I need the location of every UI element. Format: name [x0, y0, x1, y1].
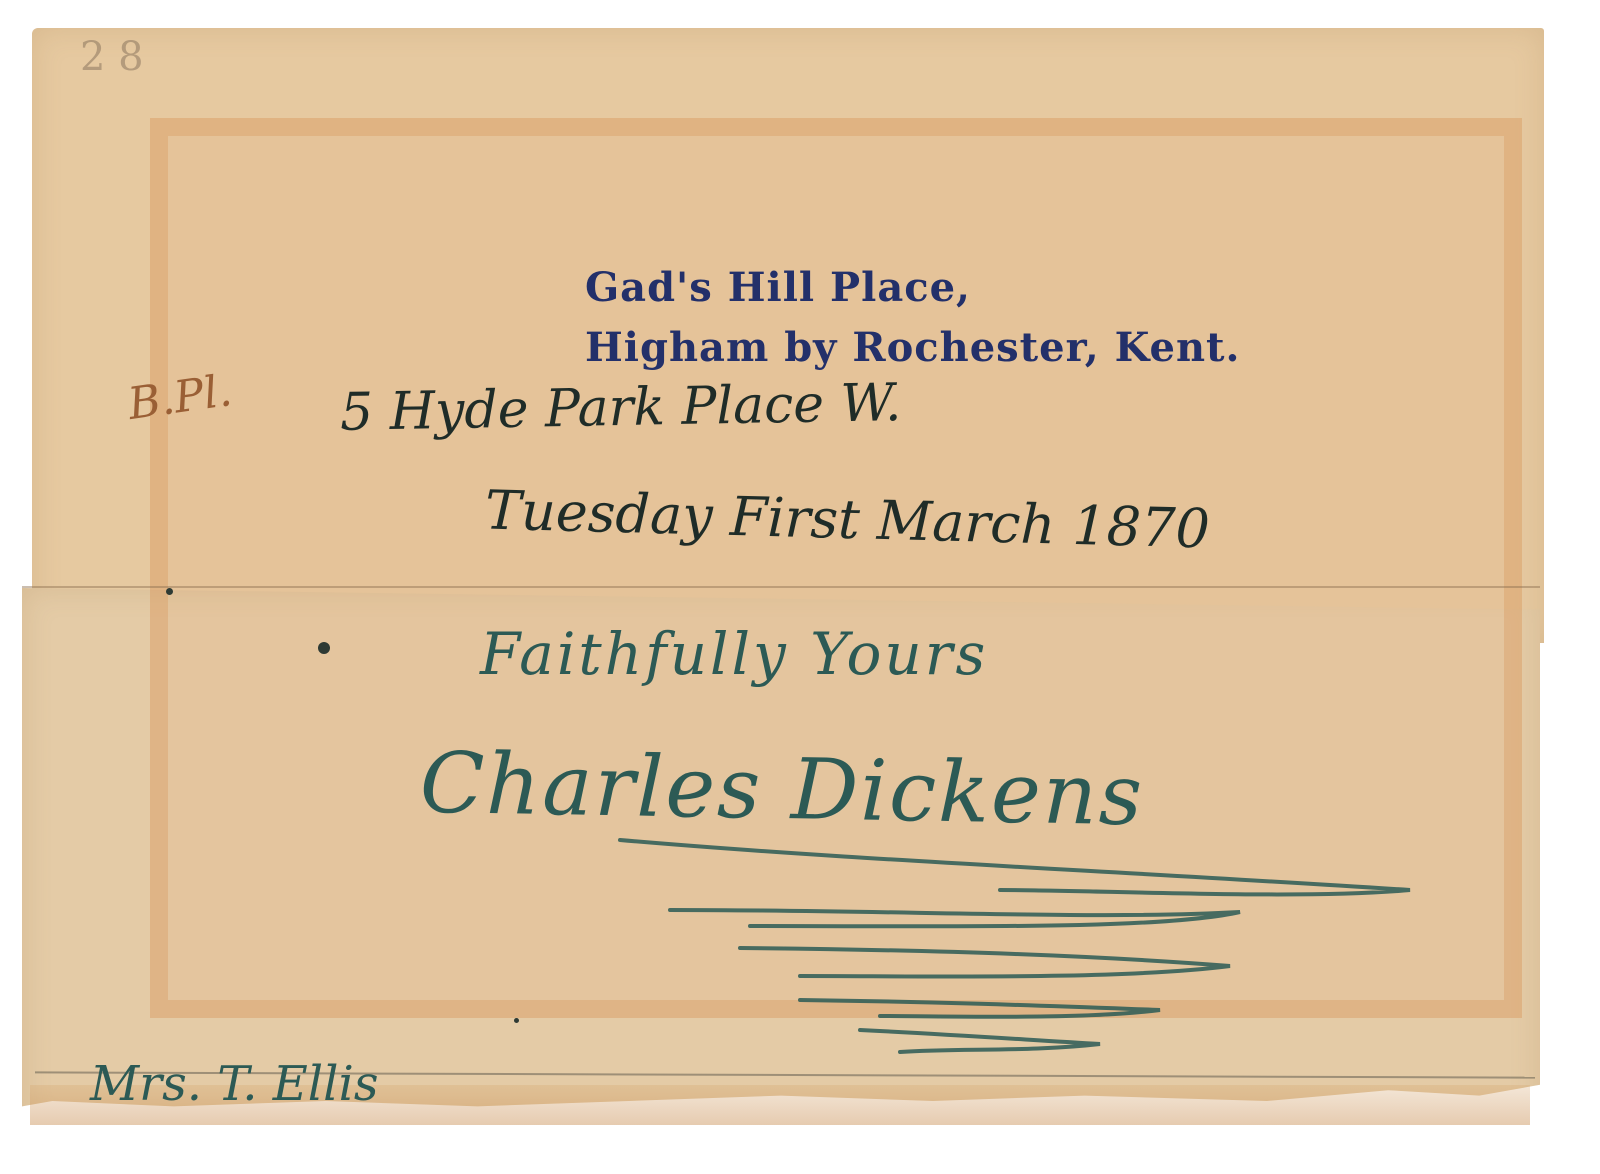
- handwritten-closing: Faithfully Yours: [480, 620, 988, 688]
- letterhead-line-1: Gad's Hill Place,: [585, 258, 1240, 318]
- recipient-note: Mrs. T. Ellis: [90, 1056, 378, 1112]
- ink-spot: [514, 1018, 519, 1023]
- signature-paraph-flourish: [600, 830, 1450, 1075]
- handwritten-address: 5 Hyde Park Place W.: [340, 373, 902, 443]
- archive-number: 2 8: [80, 34, 144, 80]
- letterhead: Gad's Hill Place, Higham by Rochester, K…: [585, 258, 1240, 378]
- ink-spot: [166, 588, 173, 595]
- paper-fold-line: [22, 586, 1540, 588]
- ink-spot: [318, 642, 330, 654]
- letterhead-line-2: Higham by Rochester, Kent.: [585, 318, 1240, 378]
- signature: Charles Dickens: [419, 734, 1145, 845]
